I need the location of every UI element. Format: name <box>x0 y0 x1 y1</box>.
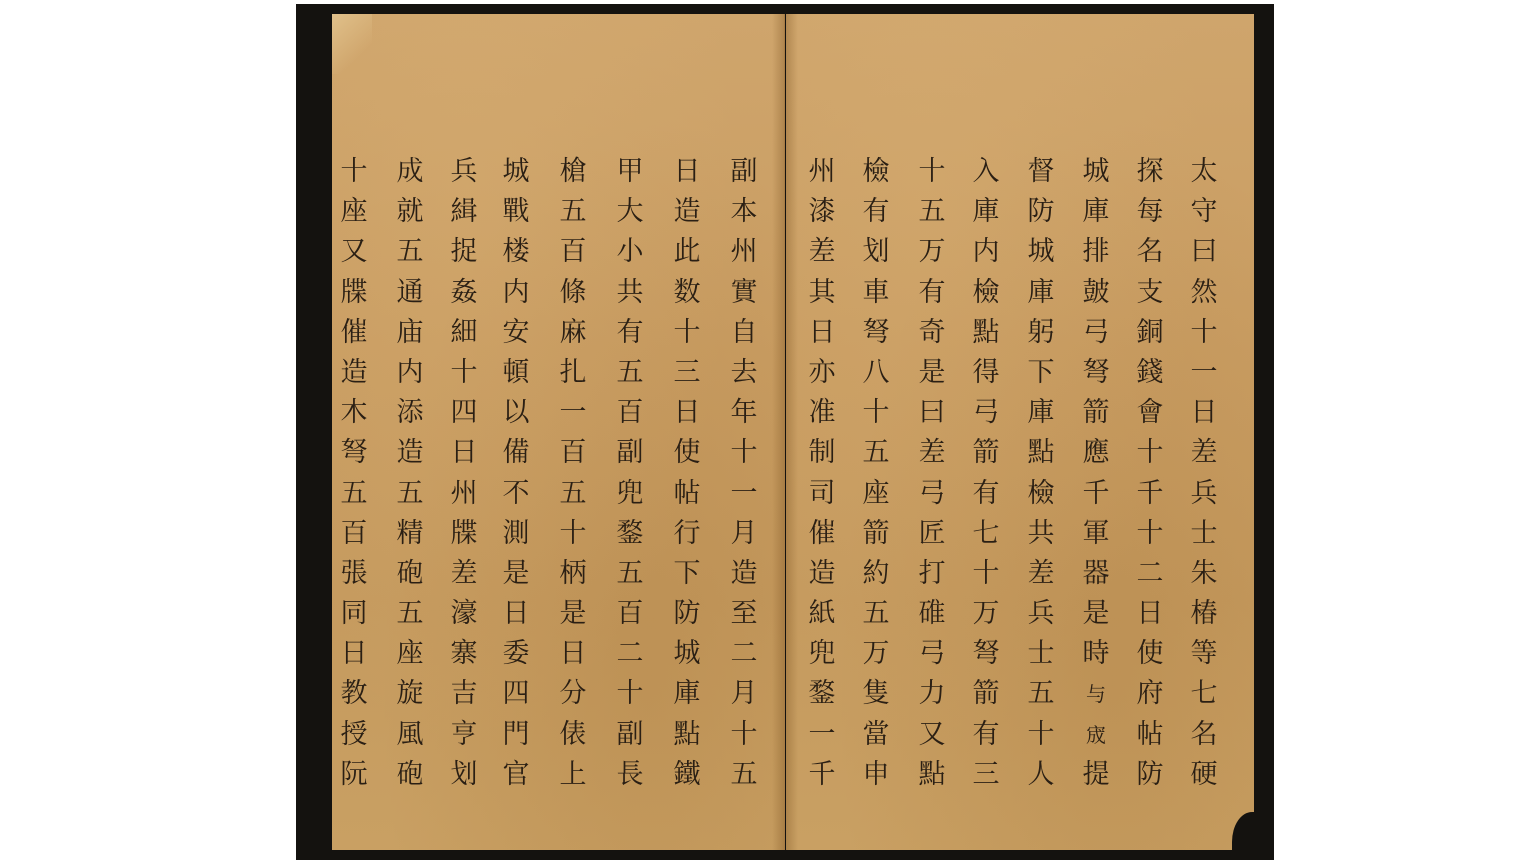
character: 万 <box>863 634 890 674</box>
character: 差 <box>809 232 836 272</box>
character: 同 <box>341 594 368 634</box>
character: 数 <box>674 273 701 313</box>
character: 漆 <box>809 192 836 232</box>
character: 扎 <box>560 353 587 393</box>
text-column: 兵緝捉姦細十四日州牒差濠寨吉亨划 <box>442 152 486 795</box>
character: 司 <box>809 474 836 514</box>
character: 打 <box>919 554 946 594</box>
character: 是 <box>1083 594 1110 634</box>
character: 五 <box>397 594 424 634</box>
character: 日 <box>341 634 368 674</box>
character: 有 <box>973 474 1000 514</box>
character: 張 <box>341 554 368 594</box>
character: 日 <box>1191 393 1218 433</box>
character: 士 <box>1191 514 1218 554</box>
character: 日 <box>560 634 587 674</box>
character: 五 <box>1028 674 1055 714</box>
character: 俵 <box>560 715 587 755</box>
text-column: 州漆差其日亦准制司催造紙兜鍪一千 <box>800 152 844 795</box>
character: 弩 <box>863 313 890 353</box>
character: 戰 <box>503 192 530 232</box>
character: 千 <box>1137 474 1164 514</box>
character: 名 <box>1191 715 1218 755</box>
character: 百 <box>560 433 587 473</box>
character: 州 <box>731 232 758 272</box>
character: 弓 <box>973 393 1000 433</box>
character: 日 <box>809 313 836 353</box>
character: 檢 <box>1028 474 1055 514</box>
character: 帖 <box>1137 715 1164 755</box>
character: 箭 <box>1083 393 1110 433</box>
character: 十 <box>617 674 644 714</box>
character: 硬 <box>1191 755 1218 795</box>
character: 副 <box>617 715 644 755</box>
character: 箭 <box>863 514 890 554</box>
character: 細 <box>451 313 478 353</box>
character: 五 <box>560 192 587 232</box>
character: 又 <box>919 715 946 755</box>
character: 内 <box>973 232 1000 272</box>
character: 砲 <box>397 554 424 594</box>
character: 是 <box>503 554 530 594</box>
character: 槍 <box>560 152 587 192</box>
character: 濠 <box>451 594 478 634</box>
character: 造 <box>674 192 701 232</box>
character: 得 <box>973 353 1000 393</box>
text-column: 槍五百條麻扎一百五十柄是日分俵上 <box>551 152 595 795</box>
character: 十 <box>560 514 587 554</box>
character: 共 <box>1028 514 1055 554</box>
character: 名 <box>1137 232 1164 272</box>
character: 十 <box>863 393 890 433</box>
text-column: 城戰楼内安頓以備不測是日委四門官 <box>494 152 538 795</box>
character: 條 <box>560 273 587 313</box>
character: 兵 <box>451 152 478 192</box>
character: 城 <box>1083 152 1110 192</box>
character: 每 <box>1137 192 1164 232</box>
character: 以 <box>503 393 530 433</box>
character: 緝 <box>451 192 478 232</box>
character: 弓 <box>919 474 946 514</box>
character: 造 <box>397 433 424 473</box>
character: 自 <box>731 313 758 353</box>
character: 紙 <box>809 594 836 634</box>
character: 測 <box>503 514 530 554</box>
character: 通 <box>397 273 424 313</box>
character: 年 <box>731 393 758 433</box>
character: 十 <box>919 152 946 192</box>
character: 二 <box>617 634 644 674</box>
character: 日 <box>1137 594 1164 634</box>
character: 器 <box>1083 554 1110 594</box>
character: 鍪 <box>809 674 836 714</box>
character: 檢 <box>863 152 890 192</box>
character: 弩 <box>973 634 1000 674</box>
character: 亨 <box>451 715 478 755</box>
character: 州 <box>809 152 836 192</box>
character: 大 <box>617 192 644 232</box>
character: 此 <box>674 232 701 272</box>
character: 風 <box>397 715 424 755</box>
character: 是 <box>560 594 587 634</box>
character: 點 <box>973 313 1000 353</box>
text-column: 探每名支銅錢會十千十二日使府帖防 <box>1128 152 1172 795</box>
character: 阮 <box>341 755 368 795</box>
text-column: 督防城庫躬下庫點檢共差兵士五十人 <box>1019 152 1063 795</box>
character: 五 <box>341 474 368 514</box>
text-column: 入庫内檢點得弓箭有七十万弩箭有三 <box>964 152 1008 795</box>
character: 添 <box>397 393 424 433</box>
character: 千 <box>809 755 836 795</box>
character: 万 <box>973 594 1000 634</box>
character: 差 <box>1191 433 1218 473</box>
left-page: 副本州實自去年十一月造至二月十五 日造此数十三日使帖行下防城庫點鐵 甲大小共有五… <box>332 14 785 850</box>
character: 五 <box>397 474 424 514</box>
character: 月 <box>731 674 758 714</box>
character: 人 <box>1028 755 1055 795</box>
character: 然 <box>1191 273 1218 313</box>
character: 使 <box>674 433 701 473</box>
text-column: 成就五通庙内添造五精砲五座旋風砲 <box>388 152 432 795</box>
character: 銅 <box>1137 313 1164 353</box>
character: 五 <box>863 433 890 473</box>
character: 弩 <box>1083 353 1110 393</box>
character: 錢 <box>1137 353 1164 393</box>
character: 會 <box>1137 393 1164 433</box>
text-column: 十五万有奇是曰差弓匠打碓弓力又點 <box>910 152 954 795</box>
character: 支 <box>1137 273 1164 313</box>
character: 兜 <box>617 474 644 514</box>
character: 防 <box>1137 755 1164 795</box>
character: 弓 <box>919 634 946 674</box>
character: 百 <box>617 594 644 634</box>
character: 月 <box>731 514 758 554</box>
character: 十 <box>1137 514 1164 554</box>
character: 划 <box>451 755 478 795</box>
character: 軍 <box>1083 514 1110 554</box>
character: 當 <box>863 715 890 755</box>
character: 庫 <box>1083 192 1110 232</box>
character: 有 <box>973 715 1000 755</box>
character: 帖 <box>674 474 701 514</box>
character: 入 <box>973 152 1000 192</box>
character: 庫 <box>973 192 1000 232</box>
character: 划 <box>863 232 890 272</box>
character: 座 <box>341 192 368 232</box>
character: 副 <box>617 433 644 473</box>
character: 十 <box>674 313 701 353</box>
character: 内 <box>397 353 424 393</box>
character: 府 <box>1137 674 1164 714</box>
character: 庫 <box>674 674 701 714</box>
character: 提 <box>1083 755 1110 795</box>
character: 一 <box>809 715 836 755</box>
character: 日 <box>451 433 478 473</box>
character: 造 <box>341 353 368 393</box>
character: 城 <box>674 634 701 674</box>
character: 安 <box>503 313 530 353</box>
character: 防 <box>1028 192 1055 232</box>
character: 箭 <box>973 674 1000 714</box>
character: 檢 <box>973 273 1000 313</box>
character: 十 <box>1137 433 1164 473</box>
character: 四 <box>451 393 478 433</box>
character: 造 <box>731 554 758 594</box>
character: 長 <box>617 755 644 795</box>
character: 精 <box>397 514 424 554</box>
character: 四 <box>503 674 530 714</box>
character: 五 <box>863 594 890 634</box>
character: 一 <box>1191 353 1218 393</box>
character: 不 <box>503 474 530 514</box>
character: 十 <box>451 353 478 393</box>
character: 牒 <box>451 514 478 554</box>
character: 皷 <box>1083 273 1110 313</box>
character: 兵 <box>1191 474 1218 514</box>
character: 是 <box>919 353 946 393</box>
character: 上 <box>560 755 587 795</box>
character: 庫 <box>1028 273 1055 313</box>
character: 守 <box>1191 192 1218 232</box>
character: 曰 <box>1191 232 1218 272</box>
character: 頓 <box>503 353 530 393</box>
character: 奇 <box>919 313 946 353</box>
character: 百 <box>341 514 368 554</box>
character: 吉 <box>451 674 478 714</box>
character: 万 <box>919 232 946 272</box>
character: 差 <box>451 554 478 594</box>
character: 城 <box>1028 232 1055 272</box>
character: 甲 <box>617 152 644 192</box>
character: 委 <box>503 634 530 674</box>
character: 督 <box>1028 152 1055 192</box>
character: 教 <box>341 674 368 714</box>
character: 弓 <box>1083 313 1110 353</box>
character: 宬 <box>1086 715 1106 755</box>
character: 朱 <box>1191 554 1218 594</box>
character: 差 <box>919 433 946 473</box>
character: 鐵 <box>674 755 701 795</box>
character: 鍪 <box>617 514 644 554</box>
character: 州 <box>451 474 478 514</box>
character: 座 <box>397 634 424 674</box>
character: 木 <box>341 393 368 433</box>
gutter-shadow <box>772 14 784 850</box>
character: 牒 <box>341 273 368 313</box>
character: 碓 <box>919 594 946 634</box>
character: 應 <box>1083 433 1110 473</box>
character: 二 <box>731 634 758 674</box>
character: 催 <box>341 313 368 353</box>
character: 有 <box>863 192 890 232</box>
character: 七 <box>973 514 1000 554</box>
character: 催 <box>809 514 836 554</box>
character: 一 <box>560 393 587 433</box>
character: 庙 <box>397 313 424 353</box>
character: 至 <box>731 594 758 634</box>
character: 曰 <box>919 393 946 433</box>
character: 實 <box>731 273 758 313</box>
character: 車 <box>863 273 890 313</box>
character: 下 <box>674 554 701 594</box>
character: 柄 <box>560 554 587 594</box>
character: 士 <box>1028 634 1055 674</box>
character: 十 <box>731 433 758 473</box>
character: 箭 <box>973 433 1000 473</box>
character: 五 <box>617 353 644 393</box>
character: 庫 <box>1028 393 1055 433</box>
character: 砲 <box>397 755 424 795</box>
character: 制 <box>809 433 836 473</box>
character: 日 <box>674 152 701 192</box>
character: 内 <box>503 273 530 313</box>
character: 五 <box>617 554 644 594</box>
character: 与 <box>1086 674 1106 714</box>
character: 五 <box>560 474 587 514</box>
character: 小 <box>617 232 644 272</box>
character: 隻 <box>863 674 890 714</box>
right-page: 太守曰然十一日差兵士朱椿等七名硬 探每名支銅錢會十千十二日使府帖防 城庫排皷弓弩… <box>786 14 1254 850</box>
character: 分 <box>560 674 587 714</box>
text-column: 日造此数十三日使帖行下防城庫點鐵 <box>665 152 709 795</box>
character: 姦 <box>451 273 478 313</box>
torn-corner <box>1232 812 1256 852</box>
character: 三 <box>674 353 701 393</box>
character: 二 <box>1137 554 1164 594</box>
character: 行 <box>674 514 701 554</box>
character: 三 <box>973 755 1000 795</box>
character: 弩 <box>341 433 368 473</box>
character: 匠 <box>919 514 946 554</box>
character: 寨 <box>451 634 478 674</box>
character: 其 <box>809 273 836 313</box>
character: 副 <box>731 152 758 192</box>
character: 排 <box>1083 232 1110 272</box>
character: 十 <box>973 554 1000 594</box>
character: 千 <box>1083 474 1110 514</box>
character: 差 <box>1028 554 1055 594</box>
character: 捉 <box>451 232 478 272</box>
character: 兵 <box>1028 594 1055 634</box>
character: 有 <box>919 273 946 313</box>
character: 旋 <box>397 674 424 714</box>
character: 座 <box>863 474 890 514</box>
character: 日 <box>503 594 530 634</box>
character: 點 <box>674 715 701 755</box>
open-book: 副本州實自去年十一月造至二月十五 日造此数十三日使帖行下防城庫點鐵 甲大小共有五… <box>296 4 1274 860</box>
character: 防 <box>674 594 701 634</box>
character: 一 <box>731 474 758 514</box>
character: 亦 <box>809 353 836 393</box>
character: 就 <box>397 192 424 232</box>
character: 去 <box>731 353 758 393</box>
character: 五 <box>919 192 946 232</box>
character: 麻 <box>560 313 587 353</box>
character: 太 <box>1191 152 1218 192</box>
character: 城 <box>503 152 530 192</box>
character: 備 <box>503 433 530 473</box>
character: 又 <box>341 232 368 272</box>
character: 下 <box>1028 353 1055 393</box>
character: 十 <box>341 152 368 192</box>
character: 兜 <box>809 634 836 674</box>
character: 力 <box>919 674 946 714</box>
character: 等 <box>1191 634 1218 674</box>
character: 准 <box>809 393 836 433</box>
text-column: 城庫排皷弓弩箭應千軍器是時与宬提 <box>1074 152 1118 795</box>
character: 日 <box>674 393 701 433</box>
character: 七 <box>1191 674 1218 714</box>
character: 躬 <box>1028 313 1055 353</box>
character: 椿 <box>1191 594 1218 634</box>
character: 十 <box>1191 313 1218 353</box>
character: 點 <box>1028 433 1055 473</box>
character: 造 <box>809 554 836 594</box>
character: 本 <box>731 192 758 232</box>
character: 成 <box>397 152 424 192</box>
character: 門 <box>503 715 530 755</box>
character: 官 <box>503 755 530 795</box>
character: 十 <box>731 715 758 755</box>
character: 時 <box>1083 634 1110 674</box>
character: 使 <box>1137 634 1164 674</box>
gutter-shadow <box>786 14 798 850</box>
character: 有 <box>617 313 644 353</box>
character: 百 <box>560 232 587 272</box>
text-column: 甲大小共有五百副兜鍪五百二十副長 <box>608 152 652 795</box>
character: 授 <box>341 715 368 755</box>
character: 楼 <box>503 232 530 272</box>
character: 申 <box>863 755 890 795</box>
character: 探 <box>1137 152 1164 192</box>
character: 約 <box>863 554 890 594</box>
text-column: 副本州實自去年十一月造至二月十五 <box>722 152 766 795</box>
text-column: 太守曰然十一日差兵士朱椿等七名硬 <box>1182 152 1226 795</box>
character: 十 <box>1028 715 1055 755</box>
character: 點 <box>919 755 946 795</box>
character: 五 <box>397 232 424 272</box>
character: 百 <box>617 393 644 433</box>
text-column: 檢有划車弩八十五座箭約五万隻當申 <box>854 152 898 795</box>
character: 八 <box>863 353 890 393</box>
character: 共 <box>617 273 644 313</box>
character: 五 <box>731 755 758 795</box>
text-column: 十座又牒催造木弩五百張同日教授阮 <box>332 152 376 795</box>
